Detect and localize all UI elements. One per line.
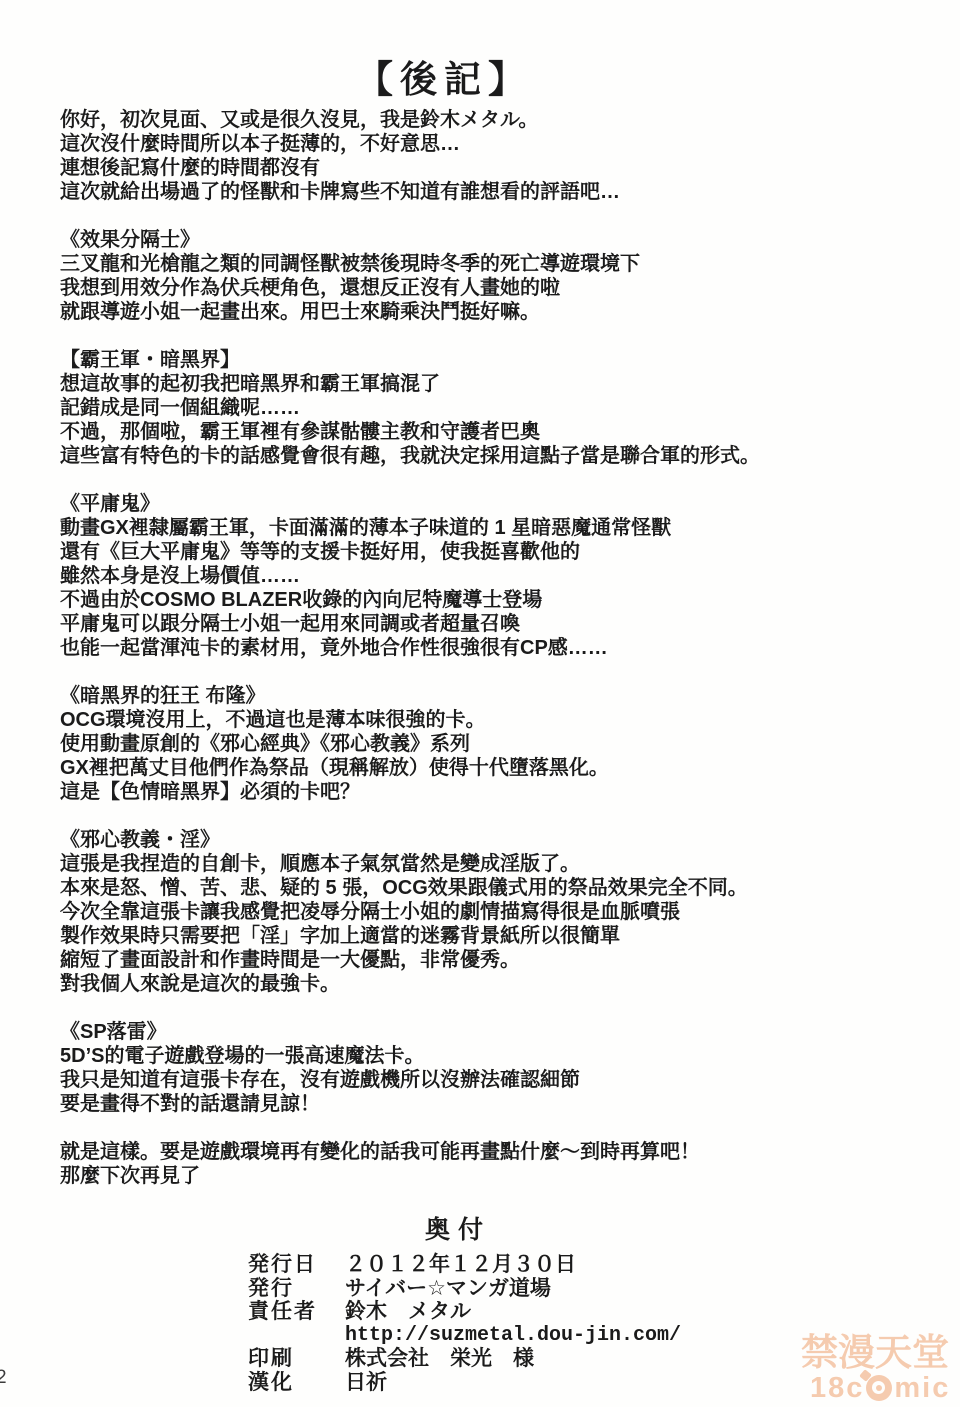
section-line: 今次全靠這張卡讓我感覺把凌辱分隔士小姐的劇情描寫得很是血脈噴張 — [60, 900, 940, 924]
section-line: 不過由於COSMO BLAZER收錄的內向尼特魔導士登場 — [60, 588, 940, 612]
section-line: 這次沒什麼時間所以本子挺薄的，不好意思… — [60, 132, 940, 156]
section-line: 我只是知道有這張卡存在，沒有遊戲機所以沒辦法確認細節 — [60, 1068, 940, 1092]
section-line: 這是【色情暗黑界】必須的卡吧？ — [60, 780, 940, 804]
afterword-section: 《SP落雷》5D’S的電子遊戲登場的一張高速魔法卡。我只是知道有這張卡存在，沒有… — [60, 1020, 940, 1116]
section-line: 你好，初次見面、又或是很久沒見，我是鈴木メタル。 — [60, 108, 940, 132]
section-line: 這次就給出場過了的怪獸和卡牌寫些不知道有誰想看的評語吧… — [60, 180, 940, 204]
colophon-label: 責任者 — [248, 1300, 345, 1324]
afterword-section: 【霸王軍・暗黑界】想這故事的起初我把暗黑界和霸王軍搞混了記錯成是同一個組織呢……… — [60, 348, 940, 468]
colophon-label — [248, 1324, 345, 1348]
section-heading: 《SP落雷》 — [60, 1020, 940, 1044]
afterword-section: 《邪心教義・淫》這張是我捏造的自創卡，順應本子氣氛當然是變成淫版了。本來是怒、憎… — [60, 828, 940, 996]
section-line: 就跟導遊小姐一起畫出來。用巴士來騎乘決鬥挺好嘛。 — [60, 300, 940, 324]
afterword-section: 《平庸鬼》動畫GX裡隸屬霸王軍，卡面滿滿的薄本子味道的 1 星暗惡魔通常怪獸還有… — [60, 492, 940, 660]
section-heading: 《邪心教義・淫》 — [60, 828, 940, 852]
whale-mascot-icon — [866, 1375, 892, 1401]
colophon-value: http://suzmetal.dou-jin.com/ — [345, 1324, 681, 1348]
colophon-row: 発行サイバー☆マンガ道場 — [248, 1277, 960, 1301]
page-number: 2 — [0, 1367, 7, 1389]
watermark-text-en-left: 18c — [810, 1374, 864, 1402]
colophon-label: 印刷 — [248, 1347, 345, 1371]
section-line: 平庸鬼可以跟分隔士小姐一起用來同調或者超量召喚 — [60, 612, 940, 636]
section-line: 本來是怒、憎、苦、悲、疑的 5 張，OCG效果跟儀式用的祭品效果完全不同。 — [60, 876, 940, 900]
afterword-body: 你好，初次見面、又或是很久沒見，我是鈴木メタル。這次沒什麼時間所以本子挺薄的，不… — [60, 108, 940, 1188]
colophon-row: 発行日２０１２年１２月３０日 — [248, 1253, 960, 1277]
section-line: 對我個人來說是這次的最強卡。 — [60, 972, 940, 996]
section-line: 三叉龍和光槍龍之類的同調怪獸被禁後現時冬季的死亡導遊環境下 — [60, 252, 940, 276]
section-line: 連想後記寫什麼的時間都沒有 — [60, 156, 940, 180]
section-line: 也能一起當渾沌卡的素材用，竟外地合作性很強很有CP感…… — [60, 636, 940, 660]
watermark-text-en: 18c mic — [810, 1374, 950, 1402]
section-heading: 《暗黑界的狂王 布隆》 — [60, 684, 940, 708]
section-heading: 《平庸鬼》 — [60, 492, 940, 516]
section-line: 想這故事的起初我把暗黑界和霸王軍搞混了 — [60, 372, 940, 396]
watermark: 禁漫天堂 18c mic — [801, 1332, 950, 1402]
section-line: 要是畫得不對的話還請見諒！ — [60, 1092, 940, 1116]
section-line: 縮短了畫面設計和作畫時間是一大優點，非常優秀。 — [60, 948, 940, 972]
afterword-section: 就是這樣。要是遊戲環境再有變化的話我可能再畫點什麼～到時再算吧！那麼下次再見了 — [60, 1140, 940, 1188]
afterword-section: 你好，初次見面、又或是很久沒見，我是鈴木メタル。這次沒什麼時間所以本子挺薄的，不… — [60, 108, 940, 204]
colophon-label: 漢化 — [248, 1371, 345, 1395]
section-line: GX裡把萬丈目他們作為祭品（現稱解放）使得十代墮落黑化。 — [60, 756, 940, 780]
section-line: 雖然本身是沒上場價值…… — [60, 564, 940, 588]
colophon-value: 日祈 — [345, 1371, 387, 1395]
section-heading: 【霸王軍・暗黑界】 — [60, 348, 940, 372]
section-line: 還有《巨大平庸鬼》等等的支援卡挺好用，使我挺喜歡他的 — [60, 540, 940, 564]
section-line: 這張是我捏造的自創卡，順應本子氣氛當然是變成淫版了。 — [60, 852, 940, 876]
colophon-title: 奥付 — [0, 1210, 960, 1246]
colophon-label: 発行日 — [248, 1253, 345, 1277]
section-line: 動畫GX裡隸屬霸王軍，卡面滿滿的薄本子味道的 1 星暗惡魔通常怪獸 — [60, 516, 940, 540]
watermark-text-cn: 禁漫天堂 — [801, 1332, 950, 1374]
section-line: 不過，那個啦，霸王軍裡有參謀骷髏主教和守護者巴奧 — [60, 420, 940, 444]
section-line: 那麼下次再見了 — [60, 1164, 940, 1188]
section-line: 製作效果時只需要把「淫」字加上適當的迷霧背景紙所以很簡單 — [60, 924, 940, 948]
section-line: 記錯成是同一個組織呢…… — [60, 396, 940, 420]
watermark-text-en-right: mic — [894, 1374, 950, 1402]
scanned-afterword-page: 【後記】 你好，初次見面、又或是很久沒見，我是鈴木メタル。這次沒什麼時間所以本子… — [0, 0, 960, 1407]
colophon-label: 発行 — [248, 1277, 345, 1301]
section-line: 這些富有特色的卡的話感覺會很有趣，我就決定採用這點子當是聯合軍的形式。 — [60, 444, 940, 468]
section-line: 就是這樣。要是遊戲環境再有變化的話我可能再畫點什麼～到時再算吧！ — [60, 1140, 940, 1164]
colophon-value: 株式会社 栄光 様 — [345, 1347, 534, 1371]
afterword-section: 《暗黑界的狂王 布隆》OCG環境沒用上，不過這也是薄本味很強的卡。使用動畫原創的… — [60, 684, 940, 804]
section-heading: 《效果分隔士》 — [60, 228, 940, 252]
colophon-value: 鈴木 メタル — [345, 1300, 471, 1324]
afterword-section: 《效果分隔士》三叉龍和光槍龍之類的同調怪獸被禁後現時冬季的死亡導遊環境下我想到用… — [60, 228, 940, 324]
colophon-value: ２０１２年１２月３０日 — [345, 1253, 576, 1277]
section-line: 5D’S的電子遊戲登場的一張高速魔法卡。 — [60, 1044, 940, 1068]
colophon-row: 責任者鈴木 メタル — [248, 1300, 960, 1324]
colophon-value: サイバー☆マンガ道場 — [345, 1277, 551, 1301]
section-line: 我想到用效分作為伏兵梗角色，還想反正沒有人畫她的啦 — [60, 276, 940, 300]
section-line: OCG環境沒用上，不過這也是薄本味很強的卡。 — [60, 708, 940, 732]
section-line: 使用動畫原創的《邪心經典》《邪心教義》系列 — [60, 732, 940, 756]
page-title: 【後記】 — [356, 49, 532, 103]
